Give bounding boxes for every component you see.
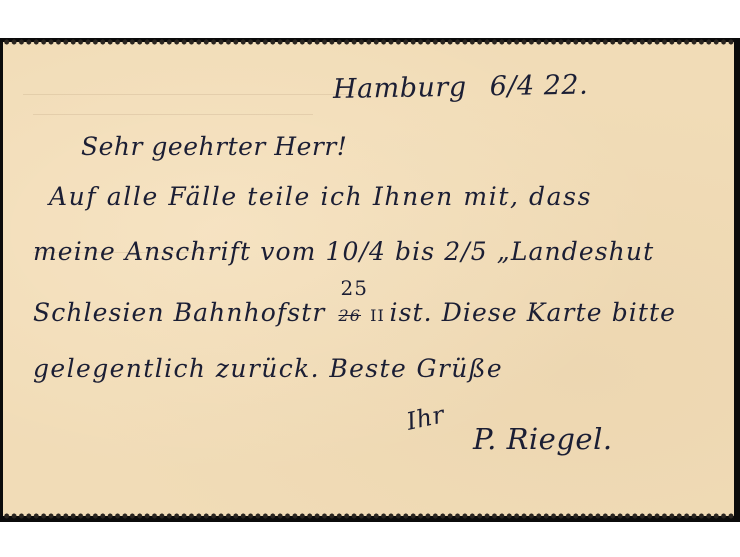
line-3-tail: ist. Diese Karte bitte [390,298,677,327]
body-line-2: meine Anschrift vom 10/4 bis 2/5 „Landes… [33,237,654,266]
body-line-4: gelegentlich zurück. Beste Grüße [33,354,503,383]
closing: Ihr [404,400,447,435]
postcard: Hamburg 6/4 22. Sehr geehrter Herr! Auf … [3,42,734,516]
date: 6/4 22. [489,70,588,103]
body-line-1: Auf alle Fälle teile ich Ihnen mit, dass [49,182,592,211]
perforated-edge-bottom [3,513,734,519]
house-number-corrected: 25 [340,276,368,300]
body-line-3: Schlesien Bahnhofstr 25 26 II ist. Diese… [33,298,676,327]
house-number-struck: 26 [338,306,361,325]
floor-number: II [370,306,385,325]
faint-show-through-line [23,94,363,95]
faint-show-through-line [33,114,313,115]
perforated-edge-top [3,39,734,45]
address-text: Schlesien Bahnhofstr [33,298,325,327]
place-and-date: Hamburg 6/4 22. [333,70,589,105]
house-number: 25 26 II [338,298,376,327]
postcard-scan-frame: Hamburg 6/4 22. Sehr geehrter Herr! Auf … [0,38,740,522]
place: Hamburg [333,72,467,105]
salutation: Sehr geehrter Herr! [81,132,347,161]
signature: P. Riegel. [473,422,613,456]
